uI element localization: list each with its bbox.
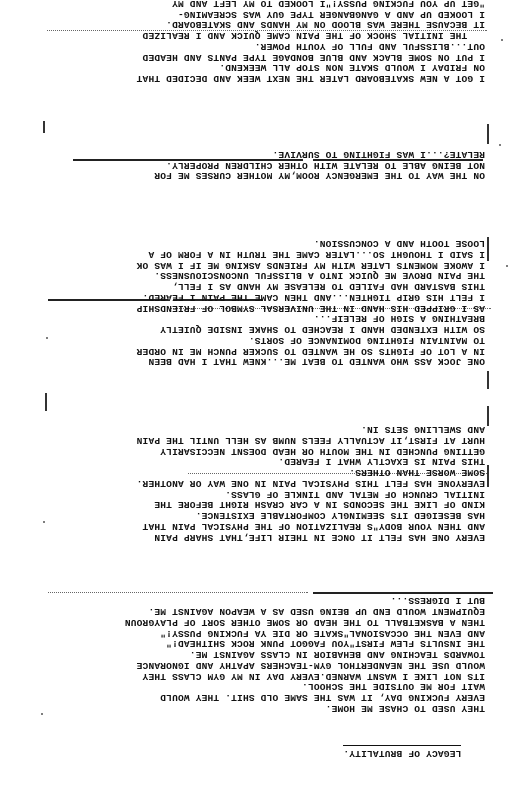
text-line: ON THE WAY TO THE EMERGENCY ROOM,MY MOTH… bbox=[25, 170, 485, 181]
document-title: LEGACY OF BRUTALITY. bbox=[343, 746, 461, 759]
paragraph: ON THE WAY TO THE EMERGENCY ROOM,MY MOTH… bbox=[25, 148, 485, 180]
text-line: THIS BASTARD HAD FAILED TO RELEASE MY HA… bbox=[25, 281, 485, 292]
text-line: INITIAL CRUNCH OF METAL AND TINKLE OF GL… bbox=[25, 488, 485, 499]
text-line: HAS BESEIGED ITS SEEMINGLY COMFORTABLE E… bbox=[25, 510, 485, 521]
text-line: IT BECAUSE THERE WAS BLOOD ON MY HANDS A… bbox=[25, 19, 485, 30]
text-line: THIS PAIN IS EXACTLY WHAT I FEARED. bbox=[25, 456, 485, 467]
text-line: I PUT ON SOME BLACK AND BLUE BONDAGE TYP… bbox=[25, 51, 485, 62]
text-line: SO WITH EXTENDED HAND I REACHED TO SHAKE… bbox=[25, 324, 485, 335]
text-line: THE INSULTS FLEW FIRST"YOU FAGGOT PUNK R… bbox=[25, 638, 485, 649]
text-line: AND SWELLING SETS IN. bbox=[25, 424, 485, 435]
text-line: EVERYONE HAS FELT THIS PHYSICAL PAIN IN … bbox=[25, 477, 485, 488]
text-line: AND THEN YOUR BODY"S REALIZATION OF THE … bbox=[25, 520, 485, 531]
scanned-document-page: LEGACY OF BRUTALITY. THEY USED TO CHASE … bbox=[0, 0, 523, 809]
text-line: BREATHING A SIGH OF RELEIF... bbox=[25, 313, 485, 324]
text-line: WOULD USE THE NEANDERTHOL GYM-TEACHERS A… bbox=[25, 659, 485, 670]
text-line: RELATE?...I WAS FIGHTING TO SURVIVE. bbox=[25, 148, 485, 159]
text-line: I FELT HIS GRIP TIGHTEN...AND THEN CAME … bbox=[25, 291, 485, 302]
strip-edge-mark bbox=[488, 124, 490, 144]
text-line: TO MAINTAIN FIGHTING DOMINANCE OF SORTS. bbox=[25, 334, 485, 345]
paragraph: THEY USED TO CHASE ME HOME.EVERY FUCKING… bbox=[25, 595, 485, 713]
text-line: AS I GRIPPED HIS HAND IN THE UNIVERSAL S… bbox=[25, 302, 485, 313]
paragraph: I GOT A NEW SKATEBOARD LATER THE NEXT WE… bbox=[25, 0, 485, 83]
text-line: ITS NOT LIKE I WASNT WARNED.EVERY DAY IN… bbox=[25, 670, 485, 681]
text-line: IN A LOT OF FIGHTS SO HE WANTED TO SUCKE… bbox=[25, 345, 485, 356]
text-line: BUT I DIGRESS... bbox=[25, 595, 485, 606]
text-line: LOOSE TOOTH AND A CONCUSSION. bbox=[25, 238, 485, 249]
text-line: EVERY FUCKING DAY, IT WAS THE SAME OLD S… bbox=[25, 692, 485, 703]
text-line: ON FRIDAY I WOULD SKATE NON STOP ALL WEE… bbox=[25, 62, 485, 73]
text-line: THEN A BASKETBALL TO THE HEAD OR SOME OT… bbox=[25, 616, 485, 627]
text-line: EVERY ONE HAS FELT IT ONCE IN THEIR LIFE… bbox=[25, 531, 485, 542]
text-line: OUT...BLISSFUL AND FULL OF YOUTH POWER. bbox=[25, 40, 485, 51]
text-line: THE INITIAL SHOCK OF THE PAIN CAME QUICK… bbox=[25, 30, 485, 41]
text-line: THEY USED TO CHASE ME HOME. bbox=[25, 702, 485, 713]
document-body: LEGACY OF BRUTALITY. THEY USED TO CHASE … bbox=[25, 0, 485, 769]
scan-speck bbox=[506, 265, 508, 267]
paragraph: ONE JOCK ASS WHO WANTED TO BEAT ME...KNE… bbox=[25, 238, 485, 367]
text-line: WAIT FOR ME OUTSIDE THE SCHOOL. bbox=[25, 681, 485, 692]
text-line: I AWOKE MOMENTS LATER WITH MY FRIENDS AS… bbox=[25, 259, 485, 270]
text-line: I LOOKED UP AND A GANGBANGER TYPE GUY WA… bbox=[25, 8, 485, 19]
text-line: I SAID I THOUGHT SO...LATER CAME THE TRU… bbox=[25, 248, 485, 259]
text-line: SOME WORSE THAN OTHERS. bbox=[25, 467, 485, 478]
text-line: HURT AT FIRST,IT ACTUALLY FEELS NUMB AS … bbox=[25, 434, 485, 445]
strip-edge-mark bbox=[488, 237, 490, 261]
text-line: GETTING PUNCHED IN THE MOUTH OR HEAD DOE… bbox=[25, 445, 485, 456]
text-line: AND EVEN THE OCCASIONAL"SKATE OR DIE YA … bbox=[25, 627, 485, 638]
strip-edge-mark bbox=[488, 465, 490, 487]
scan-speck bbox=[499, 144, 501, 146]
paragraph: EVERY ONE HAS FELT IT ONCE IN THEIR LIFE… bbox=[25, 424, 485, 542]
text-line: TOWARDS TEACHING AND BEHABIOR IN CLASS A… bbox=[25, 649, 485, 660]
text-line: KIND OF LIKE THE SECONDS IN A CAR CRASH … bbox=[25, 499, 485, 510]
text-line: NOT BEING ABLE TO RELATE WITH OTHER CHIL… bbox=[25, 159, 485, 170]
scan-speck bbox=[501, 39, 503, 41]
strip-edge-mark bbox=[488, 406, 490, 426]
strip-edge-mark bbox=[488, 371, 490, 389]
text-line: I GOT A NEW SKATEBOARD LATER THE NEXT WE… bbox=[25, 73, 485, 84]
text-line: ONE JOCK ASS WHO WANTED TO BEAT ME...KNE… bbox=[25, 356, 485, 367]
text-line: "GET UP YOU FUCKING PUSSY!"I LOOKED TO M… bbox=[25, 0, 485, 8]
text-line: THE PAIN DROVE ME QUICK INTO A BLISSFUL … bbox=[25, 270, 485, 281]
text-line: EQUIPMENT WOULD END UP BEING USED AS A W… bbox=[25, 606, 485, 617]
